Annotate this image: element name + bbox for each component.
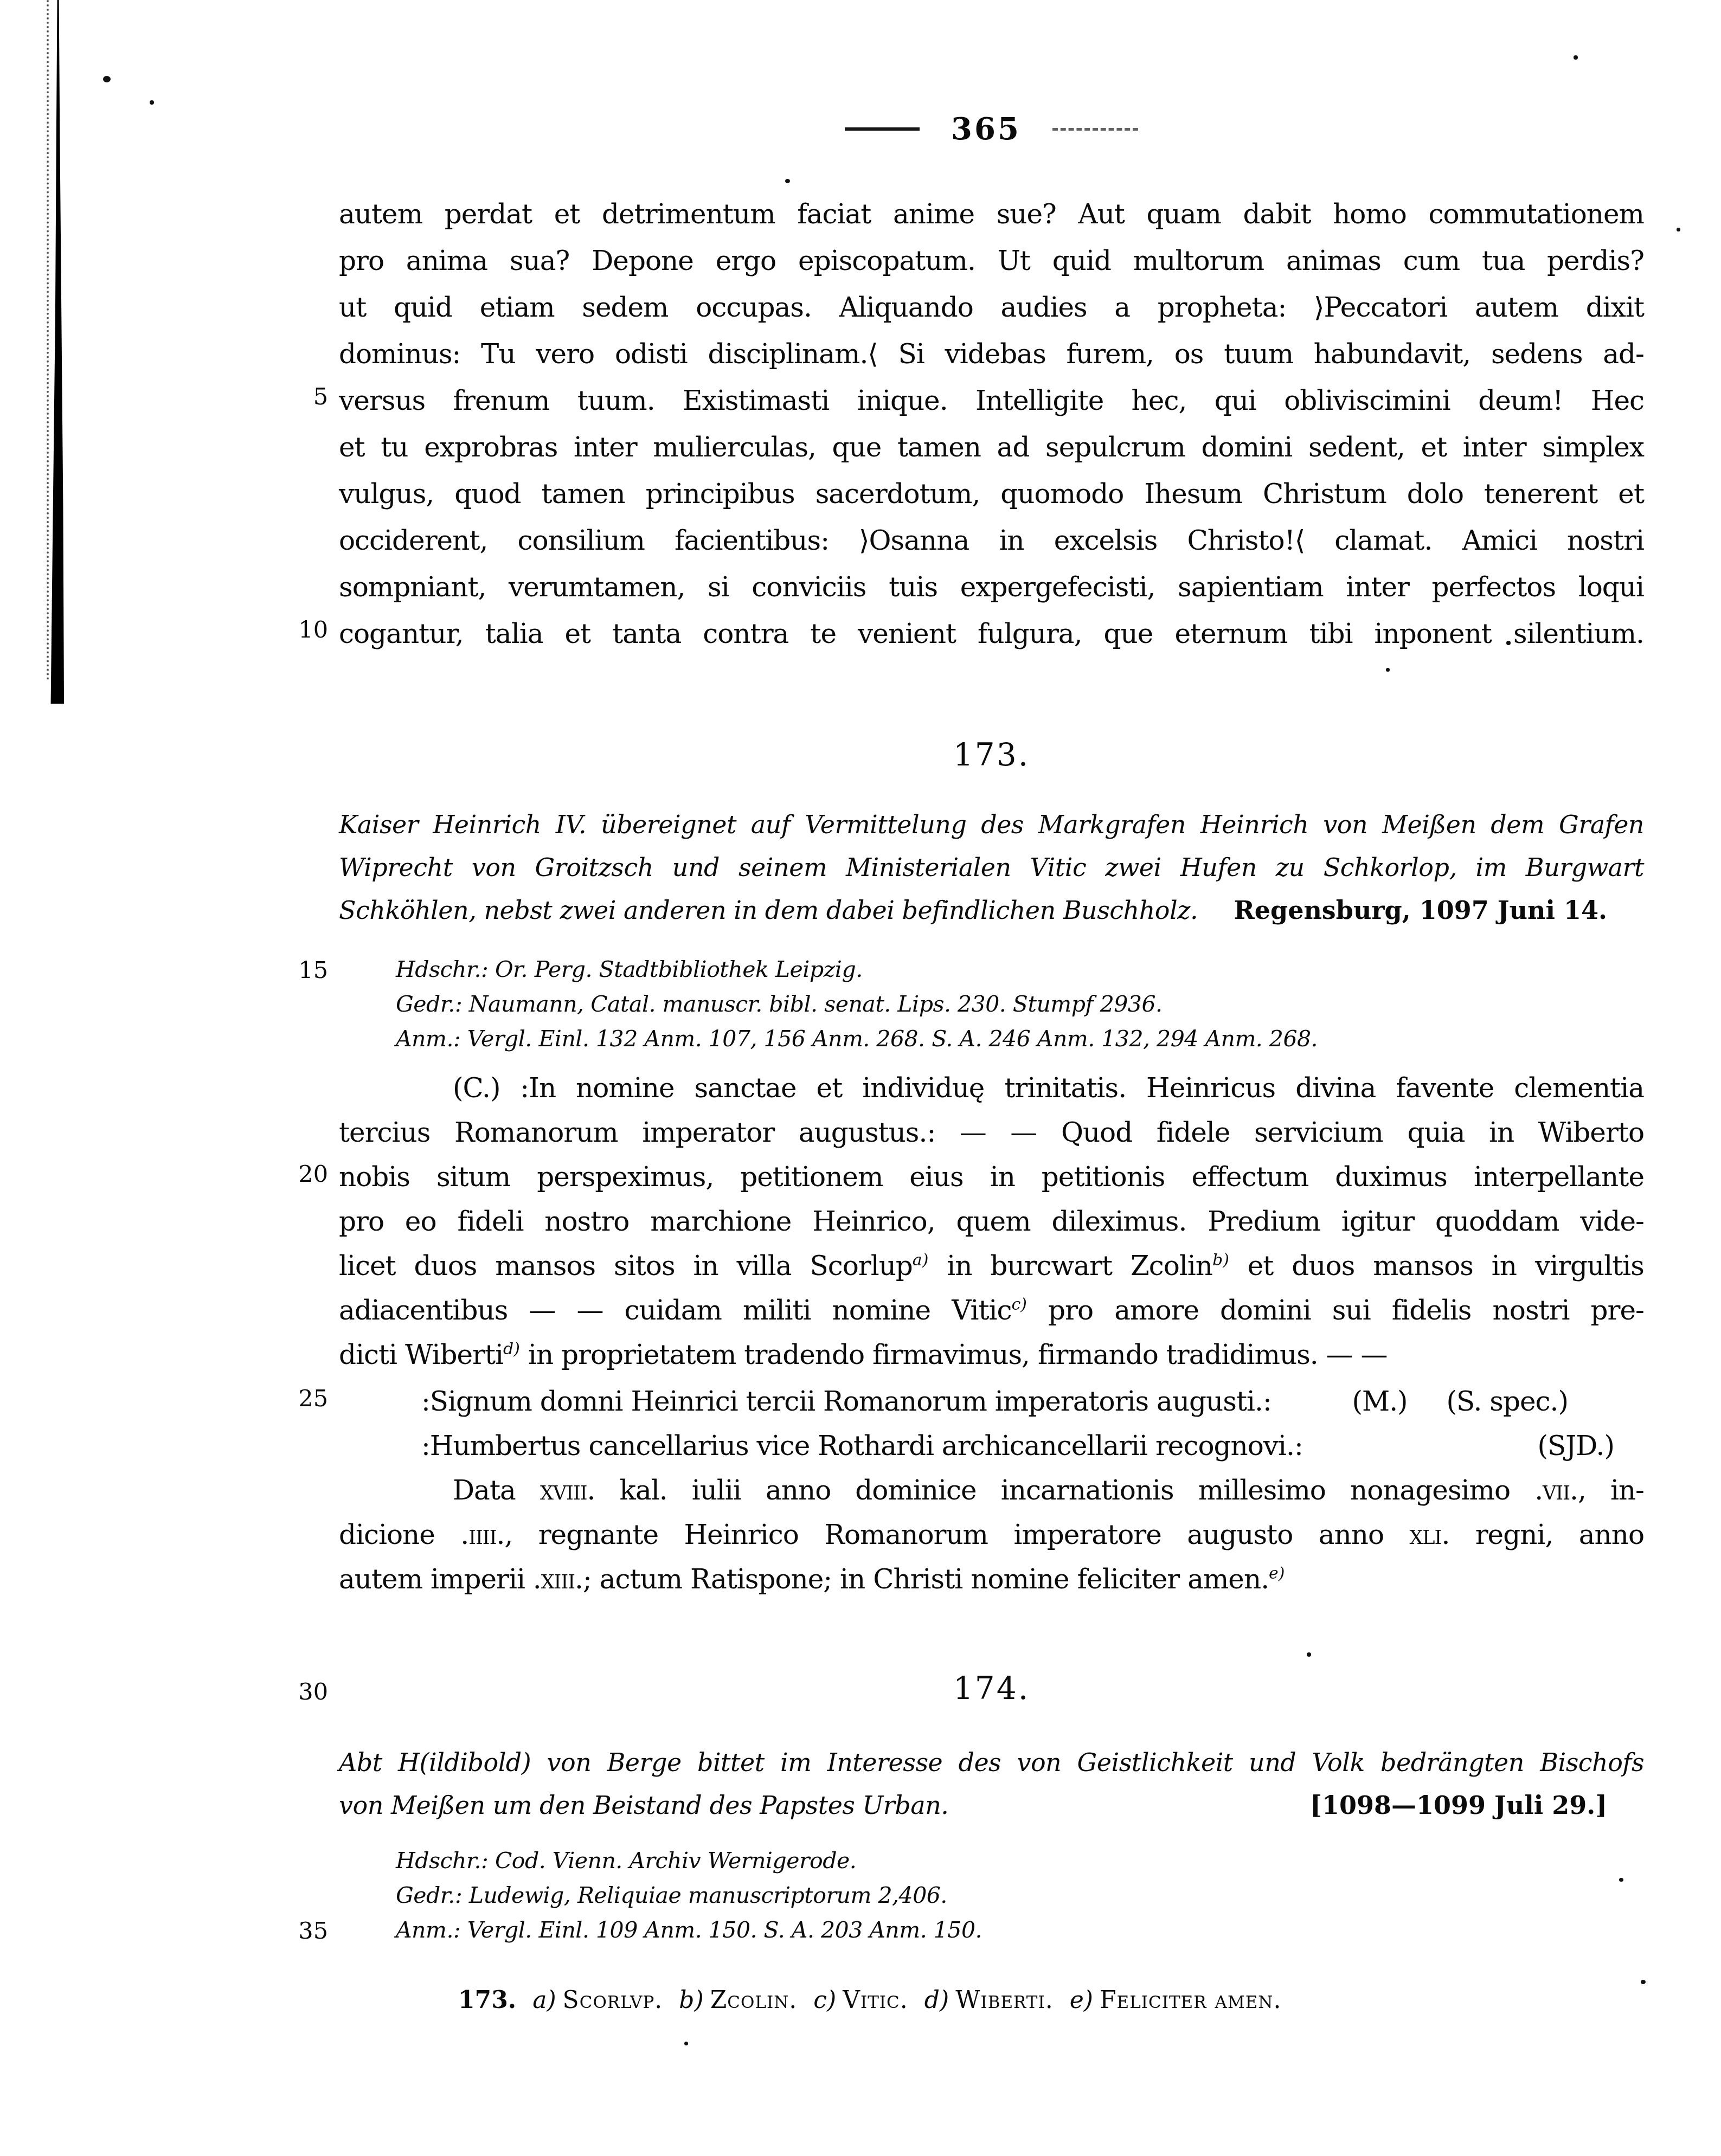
text-line: adiacentibus — — cuidam militi nomine Vi… xyxy=(339,1288,1644,1333)
ref-line-anm: 35Anm.: Vergl. Einl. 109 Anm. 150. S. A.… xyxy=(396,1913,1701,1947)
roman-numeral: xiii. xyxy=(541,1563,583,1595)
line-text: ; actum Ratispone; in Christi nomine fel… xyxy=(583,1563,1269,1595)
line-text: in proprietatem tradendo firmavimus, fir… xyxy=(520,1339,1387,1370)
line-text: dicti Wiberti xyxy=(339,1339,503,1370)
text-line: autem perdat et detrimentum faciat anime… xyxy=(339,191,1644,237)
line-number: 35 xyxy=(285,1913,328,1950)
text-line: dominus: Tu vero odisti disciplinam.⟨ Si… xyxy=(339,331,1644,377)
line-text: et duos mansos in virgultis xyxy=(1229,1250,1644,1282)
roman-numeral: iiii. xyxy=(468,1519,504,1550)
section-heading-173: 173. xyxy=(339,736,1644,773)
ref-line-anm: Anm.: Vergl. Einl. 132 Anm. 107, 156 Anm… xyxy=(396,1021,1701,1056)
refs-174: Hdschr.: Cod. Vienn. Archiv Wernigerode.… xyxy=(339,1843,1701,1947)
recognition-text: :Humbertus cancellarius vice Rothardi ar… xyxy=(421,1424,1303,1468)
summary-line: Schköhlen, nebst zwei anderen in dem dab… xyxy=(339,889,1644,932)
ref-text: Hdschr.: Cod. Vienn. Archiv Wernigerode. xyxy=(396,1848,856,1874)
footnote-variants-173: 173.a)Scorlvp.b)Zcolin.c)Vitic.d)Wiberti… xyxy=(458,1986,1281,2014)
line-text: in burcwart Zcolin xyxy=(928,1250,1212,1282)
line-number: 30 xyxy=(285,1678,328,1707)
text-line: occiderent, consilium facientibus: ⟩Osan… xyxy=(339,517,1644,564)
summary-line: von Meißen um den Beistand des Papstes U… xyxy=(339,1784,1644,1827)
line-text: regni, anno xyxy=(1449,1519,1644,1550)
line-text: dominus: Tu vero odisti disciplinam.⟨ Si… xyxy=(339,338,1644,370)
text-line: dicti Wibertid) in proprietatem tradendo… xyxy=(339,1333,1644,1377)
ref-text: Hdschr.: Or. Perg. Stadtbibliothek Leipz… xyxy=(396,956,863,982)
scan-speck xyxy=(1574,55,1578,60)
line-text: (C.) :In nomine sanctae et individuę tri… xyxy=(453,1072,1644,1104)
page-header: 365 xyxy=(339,111,1644,147)
footnote-entry-number: 173. xyxy=(458,1986,516,2014)
ref-text: Gedr.: Ludewig, Reliquiae manuscriptorum… xyxy=(396,1882,947,1908)
text-line: pro anima sua? Depone ergo episcopatum. … xyxy=(339,237,1644,284)
ref-line-hdschr: 15Hdschr.: Or. Perg. Stadtbibliothek Lei… xyxy=(396,952,1701,987)
line-text: Data xyxy=(453,1475,540,1506)
header-rule-left xyxy=(845,127,920,131)
section-heading-174: 30 174. xyxy=(339,1670,1644,1707)
dating-clause-173: Data xviii. kal. iulii anno dominice inc… xyxy=(339,1468,1644,1601)
summary-174: Abt H(ildibold) von Berge bittet im Inte… xyxy=(339,1741,1644,1827)
summary-text: Abt H(ildibold) von Berge bittet im Inte… xyxy=(339,1748,1644,1777)
text-line: licet duos mansos sitos in villa Scorlup… xyxy=(339,1244,1644,1288)
variant-reading: Zcolin. xyxy=(710,1986,798,2014)
variant-reading: Scorlvp. xyxy=(563,1986,663,2014)
summary-text: Kaiser Heinrich IV. übereignet auf Vermi… xyxy=(339,810,1644,839)
ref-text: Anm.: Vergl. Einl. 109 Anm. 150. S. A. 2… xyxy=(396,1917,982,1943)
header-rule-right xyxy=(1052,128,1138,131)
line-number: 5 xyxy=(285,378,328,416)
line-text: pro amore domini sui fidelis nostri pre- xyxy=(1027,1295,1644,1326)
ref-text: Gedr.: Naumann, Catal. manuscr. bibl. se… xyxy=(396,991,1163,1017)
summary-text: Schköhlen, nebst zwei anderen in dem dab… xyxy=(339,889,1198,932)
footnote-mark-e: e) xyxy=(1269,1564,1285,1583)
section-number: 173. xyxy=(953,736,1030,773)
text-line: 10cogantur, talia et tanta contra te ven… xyxy=(339,610,1644,657)
line-text: kal. iulii anno dominice incarnationis m… xyxy=(595,1475,1543,1506)
footnote-mark-c: c) xyxy=(1012,1295,1028,1314)
variant-reading: Feliciter amen. xyxy=(1100,1986,1281,2014)
variant-reading: Wiberti. xyxy=(955,1986,1054,2014)
page-number: 365 xyxy=(951,111,1021,147)
line-text: pro anima sua? Depone ergo episcopatum. … xyxy=(339,245,1644,276)
footnote-mark-a: a) xyxy=(532,1986,556,2014)
summary-line: Abt H(ildibold) von Berge bittet im Inte… xyxy=(339,1741,1644,1784)
line-text: et tu exprobras inter mulierculas, que t… xyxy=(339,432,1644,463)
signum-line: 25 :Signum domni Heinrici tercii Romanor… xyxy=(339,1379,1644,1424)
charter-text-173: (C.) :In nomine sanctae et individuę tri… xyxy=(339,1066,1644,1377)
line-number: 20 xyxy=(285,1156,328,1193)
sjd-sigla: (SJD.) xyxy=(1537,1424,1614,1468)
signum-text: :Signum domni Heinrici tercii Romanorum … xyxy=(421,1379,1272,1424)
text-line: dicione .iiii., regnante Heinrico Romano… xyxy=(339,1513,1644,1557)
ref-text: Anm.: Vergl. Einl. 132 Anm. 107, 156 Anm… xyxy=(396,1026,1318,1052)
line-text: sompniant, verumtamen, si conviciis tuis… xyxy=(339,571,1644,603)
summary-text: von Meißen um den Beistand des Papstes U… xyxy=(339,1784,948,1827)
footnote-mark-b: b) xyxy=(679,1986,703,2014)
summary-text: Wiprecht von Groitzsch und seinem Minist… xyxy=(339,853,1644,882)
line-text: nobis situm perspeximus, petitionem eius… xyxy=(339,1161,1644,1193)
line-text: , in- xyxy=(1578,1475,1644,1506)
scan-speck xyxy=(150,100,154,105)
line-text: autem perdat et detrimentum faciat anime… xyxy=(339,198,1644,230)
text-line: tercius Romanorum imperator augustus.: —… xyxy=(339,1110,1644,1155)
scan-speck xyxy=(1386,668,1390,672)
recognition-line: :Humbertus cancellarius vice Rothardi ar… xyxy=(339,1424,1644,1468)
line-text: , regnante Heinrico Romanorum imperatore… xyxy=(504,1519,1409,1550)
scan-speck xyxy=(1641,1980,1646,1984)
text-line: ut quid etiam sedem occupas. Aliquando a… xyxy=(339,284,1644,331)
ref-line-gedr: Gedr.: Ludewig, Reliquiae manuscriptorum… xyxy=(396,1878,1701,1913)
section-number: 174. xyxy=(953,1670,1030,1707)
footnote-mark-d: d) xyxy=(924,1986,949,2014)
scan-speck xyxy=(103,76,111,82)
footnote-mark-c: c) xyxy=(813,1986,836,2014)
footnote-mark-b: b) xyxy=(1212,1251,1229,1270)
variant-reading: Vitic. xyxy=(843,1986,908,2014)
text-line: Data xviii. kal. iulii anno dominice inc… xyxy=(339,1468,1644,1513)
line-text: vulgus, quod tamen principibus sacerdotu… xyxy=(339,478,1644,510)
line-text: cogantur, talia et tanta contra te venie… xyxy=(339,618,1644,649)
line-text: autem imperii . xyxy=(339,1563,541,1595)
summary-date-174: [1098—1099 Juli 29.] xyxy=(1310,1784,1607,1827)
ref-line-hdschr: Hdschr.: Cod. Vienn. Archiv Wernigerode. xyxy=(396,1843,1701,1878)
text-line: (C.) :In nomine sanctae et individuę tri… xyxy=(339,1066,1644,1110)
footnote-mark-d: d) xyxy=(503,1340,520,1359)
monogram-sigla: (M.) xyxy=(1352,1379,1407,1424)
line-number: 25 xyxy=(285,1380,328,1418)
summary-date-173: Regensburg, 1097 Juni 14. xyxy=(1234,889,1607,932)
text-line: 5versus frenum tuum. Existimasti inique.… xyxy=(339,377,1644,424)
line-text: pro eo fideli nostro marchione Heinrico,… xyxy=(339,1206,1644,1237)
seal-sigla: (S. spec.) xyxy=(1447,1379,1568,1424)
line-text: tercius Romanorum imperator augustus.: —… xyxy=(339,1117,1644,1148)
line-text: dicione . xyxy=(339,1519,468,1550)
text-line: sompniant, verumtamen, si conviciis tuis… xyxy=(339,564,1644,610)
intro-paragraph: autem perdat et detrimentum faciat anime… xyxy=(339,191,1644,657)
line-text: licet duos mansos sitos in villa Scorlup xyxy=(339,1250,913,1282)
roman-numeral: xviii. xyxy=(540,1475,595,1506)
footnote-mark-e: e) xyxy=(1070,1986,1093,2014)
summary-line: Wiprecht von Groitzsch und seinem Minist… xyxy=(339,846,1644,889)
scan-speck xyxy=(684,2042,688,2045)
line-text: occiderent, consilium facientibus: ⟩Osan… xyxy=(339,525,1644,556)
text-line: autem imperii .xiii.; actum Ratispone; i… xyxy=(339,1557,1644,1601)
roman-numeral: xli. xyxy=(1409,1519,1449,1550)
summary-line: Kaiser Heinrich IV. übereignet auf Vermi… xyxy=(339,803,1644,846)
text-line: 20nobis situm perspeximus, petitionem ei… xyxy=(339,1155,1644,1199)
text-line: pro eo fideli nostro marchione Heinrico,… xyxy=(339,1199,1644,1244)
scan-dotted-line xyxy=(47,0,49,680)
line-text: adiacentibus — — cuidam militi nomine Vi… xyxy=(339,1295,1012,1326)
scan-speck xyxy=(785,179,790,183)
roman-numeral: vii. xyxy=(1543,1475,1578,1506)
ref-line-gedr: Gedr.: Naumann, Catal. manuscr. bibl. se… xyxy=(396,987,1701,1021)
line-number: 10 xyxy=(285,612,328,649)
summary-173: Kaiser Heinrich IV. übereignet auf Vermi… xyxy=(339,803,1644,932)
text-line: et tu exprobras inter mulierculas, que t… xyxy=(339,424,1644,471)
scan-speck xyxy=(1677,228,1680,231)
line-text: ut quid etiam sedem occupas. Aliquando a… xyxy=(339,292,1644,323)
scan-speck xyxy=(1307,1652,1311,1657)
refs-173: 15Hdschr.: Or. Perg. Stadtbibliothek Lei… xyxy=(339,952,1701,1056)
line-number: 15 xyxy=(285,952,328,989)
text-line: vulgus, quod tamen principibus sacerdotu… xyxy=(339,471,1644,517)
book-page: 365 autem perdat et detrimentum faciat a… xyxy=(0,0,1721,2156)
scan-ink-streak xyxy=(50,0,64,704)
line-text: versus frenum tuum. Existimasti inique. … xyxy=(339,385,1644,416)
footnote-mark-a: a) xyxy=(913,1251,929,1270)
